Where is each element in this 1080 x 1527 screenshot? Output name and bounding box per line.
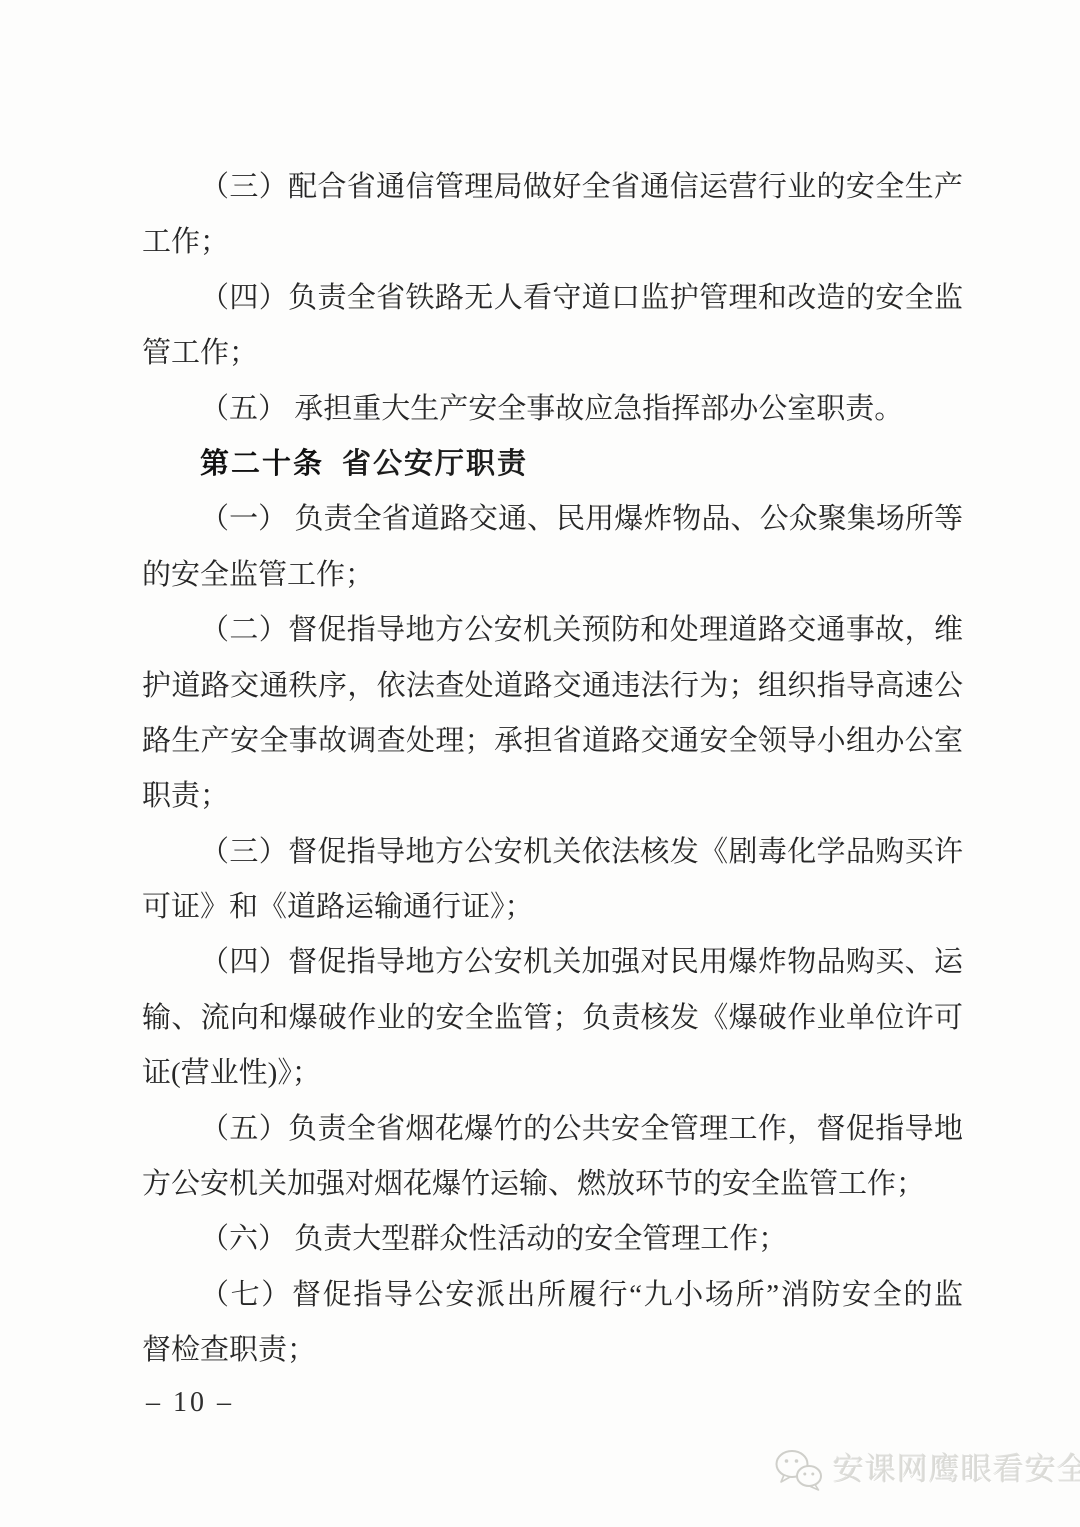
- document-line: 工作；: [142, 215, 963, 270]
- document-line: （六） 负责大型群众性活动的安全管理工作；: [142, 1212, 963, 1267]
- document-line: （五） 承担重大生产安全事故应急指挥部办公室职责。: [142, 382, 963, 437]
- document-line: 职责；: [142, 769, 963, 824]
- document-line: （二）督促指导地方公安机关预防和处理道路交通事故，维: [142, 603, 963, 658]
- document-line: 输、流向和爆破作业的安全监管；负责核发《爆破作业单位许可: [142, 991, 963, 1046]
- document-line: 路生产安全事故调查处理；承担省道路交通安全领导小组办公室: [142, 714, 963, 769]
- document-line: （四）督促指导地方公安机关加强对民用爆炸物品购买、运: [142, 935, 963, 990]
- article-title: 省公安厅职责: [342, 448, 528, 480]
- document-line: （四）负责全省铁路无人看守道口监护管理和改造的安全监: [142, 271, 963, 326]
- document-body: （三）配合省通信管理局做好全省通信运营行业的安全生产工作；（四）负责全省铁路无人…: [142, 160, 963, 1379]
- document-page: （三）配合省通信管理局做好全省通信运营行业的安全生产工作；（四）负责全省铁路无人…: [0, 0, 1080, 1527]
- article-number: 第二十条: [200, 448, 324, 480]
- document-line: 证(营业性)》；: [142, 1046, 963, 1101]
- document-line: （一） 负责全省道路交通、民用爆炸物品、公众聚集场所等: [142, 492, 963, 547]
- document-line: 可证》和《道路运输通行证》；: [142, 880, 963, 935]
- document-line: （三）配合省通信管理局做好全省通信运营行业的安全生产: [142, 160, 963, 215]
- article-heading: 第二十条省公安厅职责: [142, 437, 963, 492]
- watermark-text: 安课网鹰眼看安全: [833, 1448, 1080, 1492]
- document-line: 的安全监管工作；: [142, 548, 963, 603]
- watermark: 安课网鹰眼看安全: [774, 1448, 1080, 1492]
- document-line: 护道路交通秩序，依法查处道路交通违法行为；组织指导高速公: [142, 659, 963, 714]
- document-line: （七）督促指导公安派出所履行“九小场所”消防安全的监: [142, 1268, 963, 1323]
- page-number: – 10 –: [146, 1378, 234, 1428]
- document-line: 方公安机关加强对烟花爆竹运输、燃放环节的安全监管工作；: [142, 1157, 963, 1212]
- document-line: （五）负责全省烟花爆竹的公共安全管理工作，督促指导地: [142, 1102, 963, 1157]
- document-line: 管工作；: [142, 326, 963, 381]
- document-line: 督检查职责；: [142, 1323, 963, 1378]
- wechat-icon: [774, 1448, 824, 1492]
- document-line: （三）督促指导地方公安机关依法核发《剧毒化学品购买许: [142, 825, 963, 880]
